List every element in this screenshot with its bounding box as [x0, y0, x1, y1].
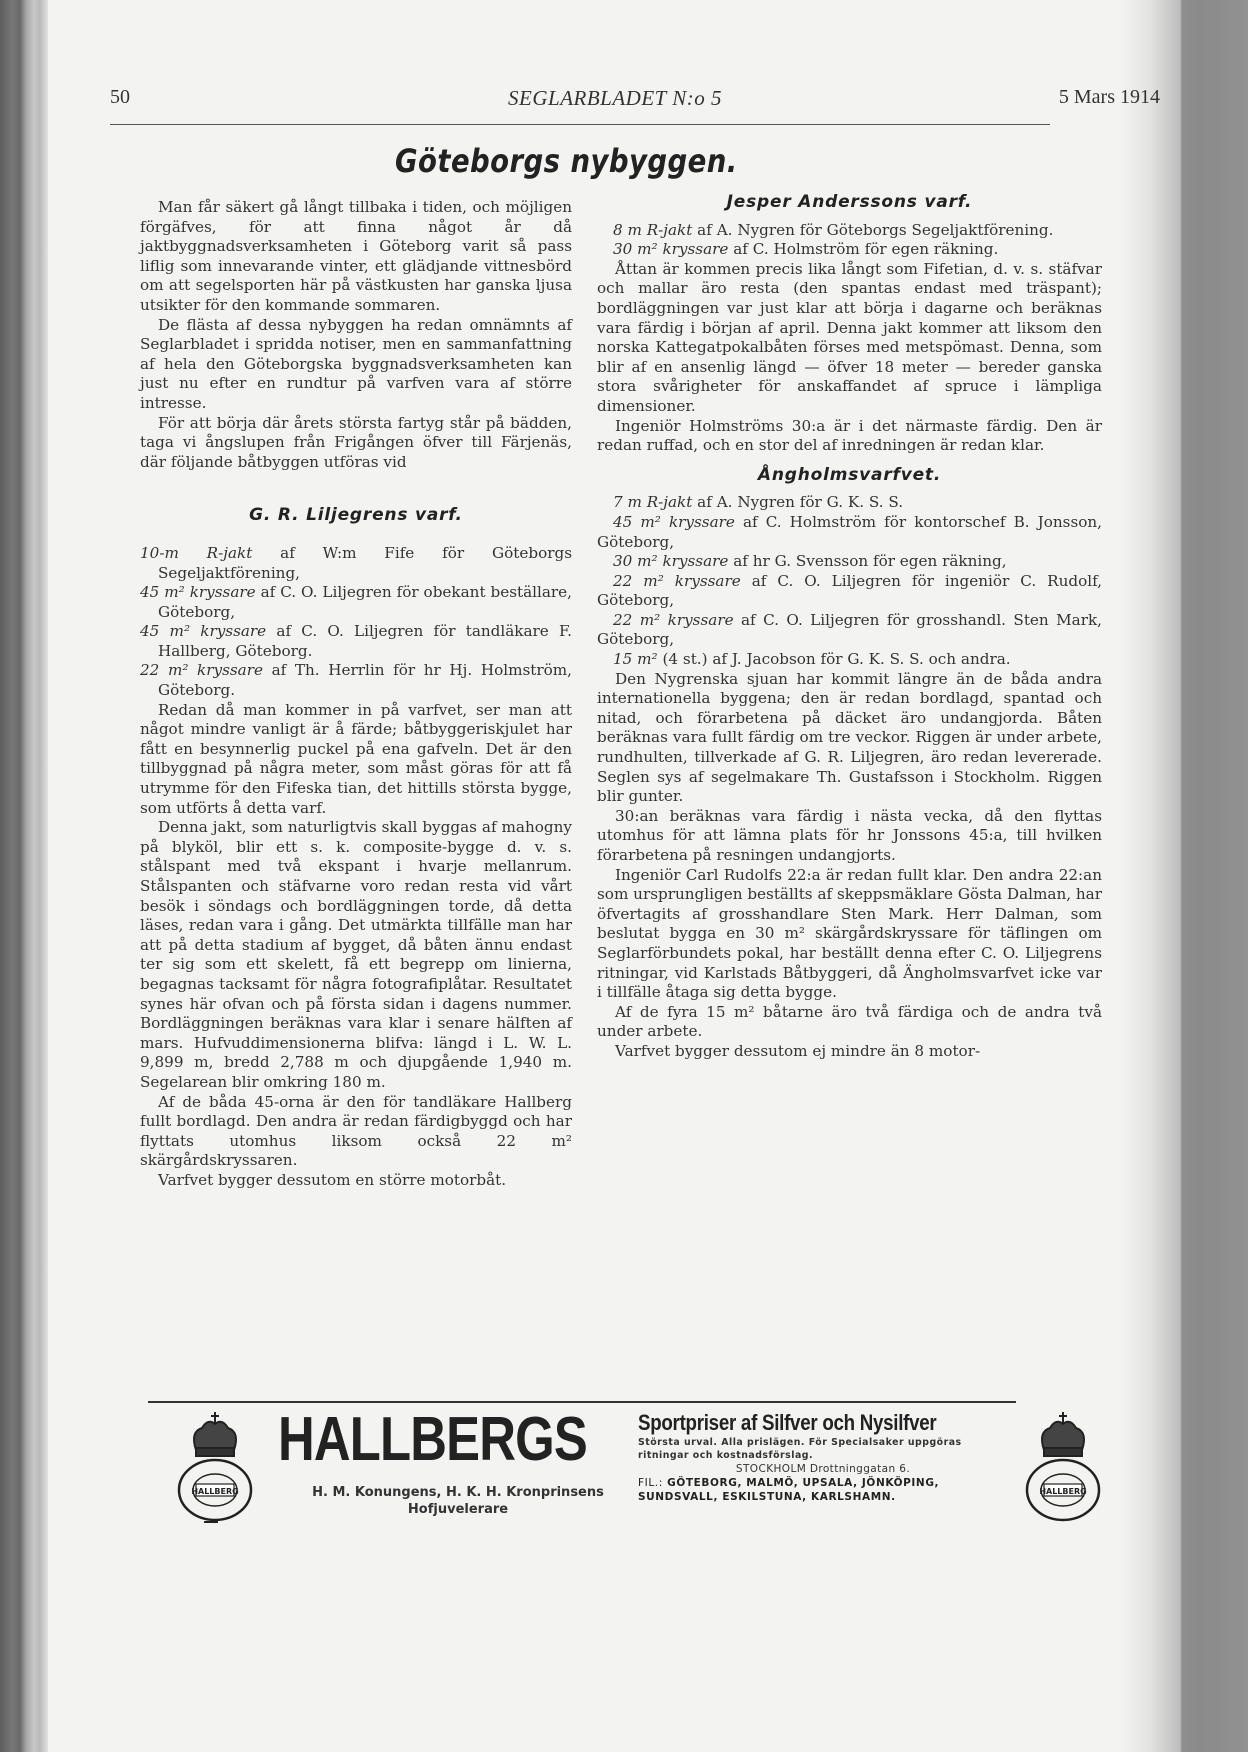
ad-body: Största urval. Alla prislägen. För Speci… [638, 1436, 1008, 1462]
boat-list-item: 30 m² kryssare af C. Holmström för egen … [597, 240, 1102, 260]
boat-type: 22 m² kryssare [140, 661, 263, 679]
boat-type: 45 m² kryssare [140, 583, 256, 601]
boat-type: 7 m R-jakt [613, 493, 692, 511]
ad-address: STOCKHOLM Drottninggatan 6. [638, 1462, 1008, 1476]
boat-list-item: 7 m R-jakt af A. Nygren för G. K. S. S. [597, 493, 1102, 513]
paragraph: Varfvet bygger dessutom ej mindre än 8 m… [597, 1042, 1102, 1062]
paragraph: För att börja där årets största fartyg s… [140, 414, 572, 473]
paragraph: 30:an beräknas vara färdig i nästa vecka… [597, 807, 1102, 866]
brand-name: HALLBERGS [278, 1404, 587, 1475]
running-head: 50 SEGLARBLADET N:o 5 5 Mars 1914 [110, 86, 1100, 116]
hallbergs-advertisement: HALLBERG HALLBERGS H. M. Konungens, H. K… [148, 1408, 1038, 1538]
paragraph: Man får säkert gå långt tillbaka i tiden… [140, 198, 572, 316]
boat-type: 15 m² [613, 650, 658, 668]
paragraph: Denna jakt, som naturligtvis skall bygga… [140, 818, 572, 1092]
ad-branches: FIL.: GÖTEBORG, MALMÖ, UPSALA, JÖNKÖPING… [638, 1476, 1008, 1504]
paragraph: Varfvet bygger dessutom en större motorb… [140, 1171, 572, 1191]
royal-warrant-seal-icon: HALLBERG [176, 1410, 254, 1528]
boat-list-item: 22 m² kryssare af Th. Herrlin för hr Hj.… [140, 661, 572, 700]
section-heading-liljegren: G. R. Liljegrens varf. [140, 506, 572, 526]
svg-text:HALLBERG: HALLBERG [1039, 1487, 1086, 1496]
paragraph: De flästa af dessa nybyggen ha redan omn… [140, 316, 572, 414]
boat-list-item: 15 m² (4 st.) af J. Jacobson för G. K. S… [597, 650, 1102, 670]
boat-list-item: 45 m² kryssare af C. Holmström för konto… [597, 513, 1102, 552]
boat-type: 45 m² kryssare [140, 622, 266, 640]
boat-type: 45 m² kryssare [613, 513, 735, 531]
header-rule [110, 124, 1050, 125]
boat-list-item: 45 m² kryssare af C. O. Liljegren för ta… [140, 622, 572, 661]
boat-list-item: 22 m² kryssare af C. O. Liljegren för in… [597, 572, 1102, 611]
boat-list-item: 30 m² kryssare af hr G. Svensson för ege… [597, 552, 1102, 572]
right-column: Jesper Anderssons varf. 8 m R-jakt af A.… [597, 208, 1102, 1062]
left-column: Man får säkert gå långt tillbaka i tiden… [140, 198, 572, 1191]
paragraph: Af de båda 45-orna är den för tandläkare… [140, 1093, 572, 1171]
boat-list-item: 10-m R-jakt af W:m Fife för Göteborgs Se… [140, 544, 572, 583]
ad-headline: Sportpriser af Silfver och Nysilfver [638, 1410, 953, 1436]
section-heading-jesper-andersson: Jesper Anderssons varf. [597, 193, 1102, 213]
page-edge-shadow [1120, 0, 1248, 1752]
boat-type: 22 m² kryssare [613, 611, 734, 629]
journal-title: SEGLARBLADET N:o 5 [305, 86, 925, 111]
boat-type: 30 m² kryssare [613, 240, 728, 258]
boat-type: 30 m² kryssare [613, 552, 728, 570]
boat-type: 8 m R-jakt [613, 221, 692, 239]
svg-text:HALLBERG: HALLBERG [191, 1487, 238, 1496]
paragraph: Redan då man kommer in på varfvet, ser m… [140, 701, 572, 819]
paragraph: Den Nygrenska sjuan har kommit längre än… [597, 670, 1102, 807]
boat-list-item: 22 m² kryssare af C. O. Liljegren för gr… [597, 611, 1102, 650]
advertisement-details: Sportpriser af Silfver och Nysilfver Stö… [638, 1410, 1008, 1504]
section-heading-angholmsvarfvet: Ångholmsvarfvet. [597, 466, 1102, 486]
book-binding-shadow [0, 0, 48, 1752]
boat-type: 22 m² kryssare [613, 572, 741, 590]
boat-type: 10-m R-jakt [140, 544, 252, 562]
boat-list-item: 8 m R-jakt af A. Nygren för Göteborgs Se… [597, 221, 1102, 241]
royal-warrant-seal-icon: HALLBERG [1024, 1410, 1102, 1528]
article-title: Göteborgs nybyggen. [395, 142, 738, 180]
advertisement-rule [148, 1401, 1016, 1403]
page-number: 50 [110, 86, 130, 109]
paragraph: Åttan är kommen precis lika långt som Fi… [597, 260, 1102, 417]
boat-list-item: 45 m² kryssare af C. O. Liljegren för ob… [140, 583, 572, 622]
brand-subtitle: H. M. Konungens, H. K. H. Kronprinsens H… [278, 1484, 638, 1518]
paragraph: Ingeniör Holmströms 30:a är i det närmas… [597, 417, 1102, 456]
issue-date: 5 Mars 1914 [1059, 86, 1160, 109]
paragraph: Ingeniör Carl Rudolfs 22:a är redan full… [597, 866, 1102, 1003]
paragraph: Af de fyra 15 m² båtarne äro två färdiga… [597, 1003, 1102, 1042]
